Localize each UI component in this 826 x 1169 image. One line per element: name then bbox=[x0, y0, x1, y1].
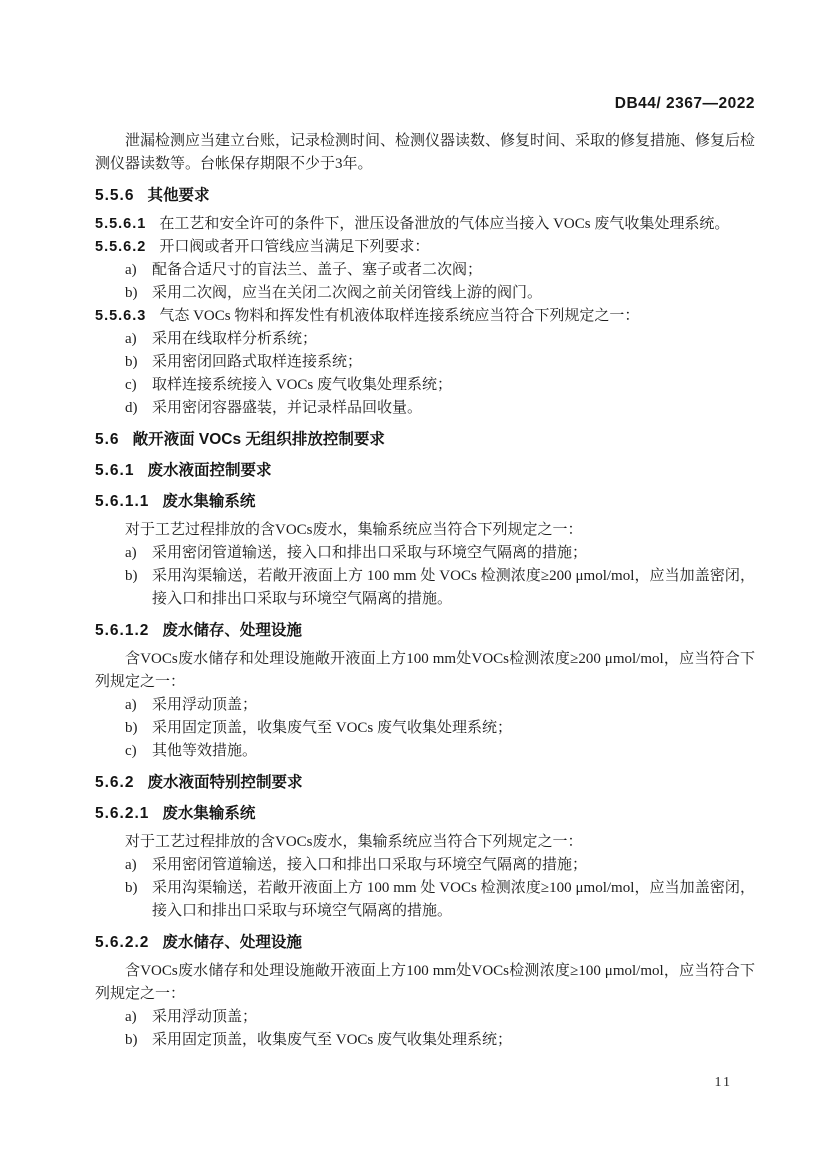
section-title: 废水液面控制要求 bbox=[147, 462, 271, 479]
list-item: c)其他等效措施。 bbox=[95, 740, 755, 763]
section-number: 5.6.1.1 bbox=[95, 493, 149, 510]
section-heading: 5.6.1.1废水集输系统 bbox=[95, 490, 755, 513]
section-number: 5.6 bbox=[95, 431, 120, 448]
list-item-marker: d) bbox=[125, 397, 138, 420]
list-item: a)配备合适尺寸的盲法兰、盖子、塞子或者二次阀； bbox=[95, 259, 755, 282]
list-item: b)采用沟渠输送，若敞开液面上方 100 mm 处 VOCs 检测浓度≥100 … bbox=[95, 877, 755, 923]
list-item-text: 其他等效措施。 bbox=[152, 743, 257, 759]
list-item: b)采用密闭回路式取样连接系统； bbox=[95, 351, 755, 374]
page-number: 11 bbox=[715, 1071, 732, 1094]
list-item-text: 取样连接系统接入 VOCs 废气收集处理系统； bbox=[152, 377, 452, 393]
section-heading: 5.6.2.2废水储存、处理设施 bbox=[95, 931, 755, 954]
list-item: a)采用浮动顶盖； bbox=[95, 1006, 755, 1029]
paragraph: 对于工艺过程排放的含VOCs废水，集输系统应当符合下列规定之一： bbox=[95, 519, 755, 542]
clause-number: 5.5.6.3 bbox=[95, 308, 146, 324]
section-number: 5.6.2 bbox=[95, 774, 134, 791]
section-number: 5.6.2.2 bbox=[95, 934, 149, 951]
section-number: 5.5.6 bbox=[95, 187, 134, 204]
list-item: b)采用固定顶盖，收集废气至 VOCs 废气收集处理系统； bbox=[95, 1029, 755, 1052]
list-item-text: 采用沟渠输送，若敞开液面上方 100 mm 处 VOCs 检测浓度≥100 μm… bbox=[152, 880, 755, 919]
list-item-text: 采用固定顶盖，收集废气至 VOCs 废气收集处理系统； bbox=[152, 720, 512, 736]
section-title: 废水储存、处理设施 bbox=[162, 934, 302, 951]
clause: 5.5.6.3气态 VOCs 物料和挥发性有机液体取样连接系统应当符合下列规定之… bbox=[95, 305, 755, 328]
clause: 5.5.6.2开口阀或者开口管线应当满足下列要求： bbox=[95, 236, 755, 259]
list-item: a)采用密闭管道输送，接入口和排出口采取与环境空气隔离的措施； bbox=[95, 542, 755, 565]
list-item-marker: b) bbox=[125, 717, 138, 740]
clause-text: 气态 VOCs 物料和挥发性有机液体取样连接系统应当符合下列规定之一： bbox=[159, 308, 639, 324]
section-title: 其他要求 bbox=[147, 187, 209, 204]
document-page: DB44/ 2367—2022 泄漏检测应当建立台账，记录检测时间、检测仪器读数… bbox=[0, 0, 826, 1169]
list-item-text: 采用固定顶盖，收集废气至 VOCs 废气收集处理系统； bbox=[152, 1032, 512, 1048]
section-heading: 5.6.2废水液面特别控制要求 bbox=[95, 771, 755, 794]
paragraph: 含VOCs废水储存和处理设施敞开液面上方100 mm处VOCs检测浓度≥200 … bbox=[95, 648, 755, 694]
section-title: 废水液面特别控制要求 bbox=[147, 774, 302, 791]
list-item: a)采用浮动顶盖； bbox=[95, 694, 755, 717]
list-item-marker: b) bbox=[125, 1029, 138, 1052]
list-item: a)采用在线取样分析系统； bbox=[95, 328, 755, 351]
paragraph: 泄漏检测应当建立台账，记录检测时间、检测仪器读数、修复时间、采取的修复措施、修复… bbox=[95, 130, 755, 176]
paragraph: 对于工艺过程排放的含VOCs废水，集输系统应当符合下列规定之一： bbox=[95, 831, 755, 854]
list-item-text: 采用密闭管道输送，接入口和排出口采取与环境空气隔离的措施； bbox=[152, 545, 587, 561]
section-heading: 5.6.2.1废水集输系统 bbox=[95, 802, 755, 825]
clause: 5.5.6.1在工艺和安全许可的条件下，泄压设备泄放的气体应当接入 VOCs 废… bbox=[95, 213, 755, 236]
section-heading: 5.6.1废水液面控制要求 bbox=[95, 459, 755, 482]
list-item-text: 采用密闭管道输送，接入口和排出口采取与环境空气隔离的措施； bbox=[152, 857, 587, 873]
list-item: c)取样连接系统接入 VOCs 废气收集处理系统； bbox=[95, 374, 755, 397]
clause-text: 开口阀或者开口管线应当满足下列要求： bbox=[159, 239, 429, 255]
clause-number: 5.5.6.1 bbox=[95, 216, 146, 232]
list-item-marker: a) bbox=[125, 694, 137, 717]
paragraph: 含VOCs废水储存和处理设施敞开液面上方100 mm处VOCs检测浓度≥100 … bbox=[95, 960, 755, 1006]
list-item-marker: b) bbox=[125, 565, 138, 588]
section-title: 敞开液面 VOCs 无组织排放控制要求 bbox=[133, 431, 385, 448]
list-item-text: 采用浮动顶盖； bbox=[152, 1009, 257, 1025]
list-item-text: 配备合适尺寸的盲法兰、盖子、塞子或者二次阀； bbox=[152, 262, 482, 278]
list-item: b)采用沟渠输送，若敞开液面上方 100 mm 处 VOCs 检测浓度≥200 … bbox=[95, 565, 755, 611]
section-heading: 5.5.6其他要求 bbox=[95, 184, 755, 207]
list-item-text: 采用密闭回路式取样连接系统； bbox=[152, 354, 362, 370]
clause-number: 5.5.6.2 bbox=[95, 239, 146, 255]
list-item: d)采用密闭容器盛装，并记录样品回收量。 bbox=[95, 397, 755, 420]
section-title: 废水集输系统 bbox=[162, 493, 255, 510]
section-heading: 5.6敞开液面 VOCs 无组织排放控制要求 bbox=[95, 428, 755, 451]
section-title: 废水集输系统 bbox=[162, 805, 255, 822]
list-item-marker: a) bbox=[125, 259, 137, 282]
section-number: 5.6.2.1 bbox=[95, 805, 149, 822]
list-item-marker: a) bbox=[125, 1006, 137, 1029]
list-item: b)采用二次阀，应当在关闭二次阀之前关闭管线上游的阀门。 bbox=[95, 282, 755, 305]
list-item-text: 采用在线取样分析系统； bbox=[152, 331, 317, 347]
list-item-marker: b) bbox=[125, 351, 138, 374]
list-item: b)采用固定顶盖，收集废气至 VOCs 废气收集处理系统； bbox=[95, 717, 755, 740]
document-number-header: DB44/ 2367—2022 bbox=[615, 92, 755, 115]
list-item-text: 采用沟渠输送，若敞开液面上方 100 mm 处 VOCs 检测浓度≥200 μm… bbox=[152, 568, 755, 607]
list-item-marker: a) bbox=[125, 542, 137, 565]
list-item: a)采用密闭管道输送，接入口和排出口采取与环境空气隔离的措施； bbox=[95, 854, 755, 877]
list-item-marker: a) bbox=[125, 328, 137, 351]
clause-text: 在工艺和安全许可的条件下，泄压设备泄放的气体应当接入 VOCs 废气收集处理系统… bbox=[159, 216, 729, 232]
list-item-marker: c) bbox=[125, 740, 137, 763]
list-item-marker: b) bbox=[125, 282, 138, 305]
list-item-marker: c) bbox=[125, 374, 137, 397]
list-item-text: 采用浮动顶盖； bbox=[152, 697, 257, 713]
list-item-marker: b) bbox=[125, 877, 138, 900]
section-number: 5.6.1.2 bbox=[95, 622, 149, 639]
section-title: 废水储存、处理设施 bbox=[162, 622, 302, 639]
document-body: 泄漏检测应当建立台账，记录检测时间、检测仪器读数、修复时间、采取的修复措施、修复… bbox=[95, 130, 755, 1052]
list-item-text: 采用密闭容器盛装，并记录样品回收量。 bbox=[152, 400, 422, 416]
list-item-text: 采用二次阀，应当在关闭二次阀之前关闭管线上游的阀门。 bbox=[152, 285, 542, 301]
list-item-marker: a) bbox=[125, 854, 137, 877]
section-heading: 5.6.1.2废水储存、处理设施 bbox=[95, 619, 755, 642]
section-number: 5.6.1 bbox=[95, 462, 134, 479]
